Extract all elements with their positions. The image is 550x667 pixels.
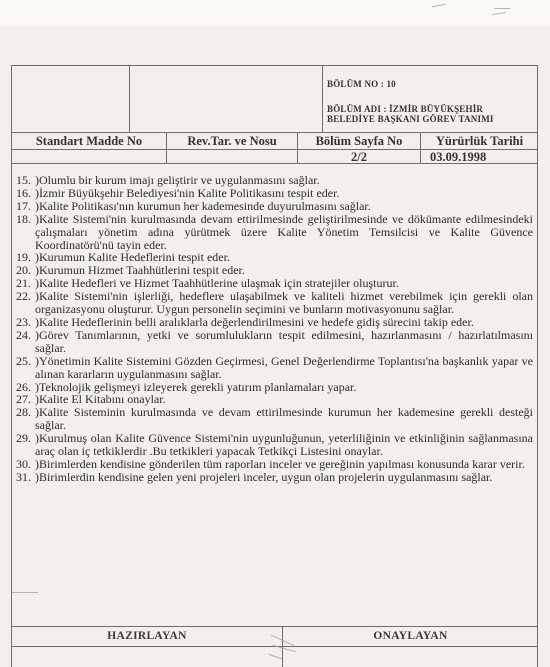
- item-text: )Birimlerden kendisine gönderilen tüm ra…: [35, 458, 533, 471]
- pen-mark: [494, 8, 510, 9]
- item-number: 18.: [16, 213, 35, 252]
- item-number: 29.: [16, 432, 35, 458]
- item-text: )Kalite Sisteminin kurulmasında ve devam…: [35, 406, 533, 432]
- list-item: 25.)Yönetimin Kalite Sistemini Gözden Ge…: [16, 355, 533, 381]
- list-item: 17.)Kalite Politikası'nın kurumun her ka…: [16, 200, 533, 213]
- col-standart-madde-no: Standart Madde No: [12, 133, 166, 149]
- list-item: 31.)Birimlerdin kendisine gelen yeni pro…: [16, 471, 533, 484]
- list-item: 30.)Birimlerden kendisine gönderilen tüm…: [16, 458, 533, 471]
- item-number: 17.: [16, 200, 35, 213]
- item-number: 25.: [16, 355, 35, 381]
- item-text: )Kalite Politikası'nın kurumun her kadem…: [35, 200, 533, 213]
- list-item: 22.)Kalite Sistemi'nin işlerliği, hedefl…: [16, 290, 533, 316]
- list-item: 29.)Kurulmuş olan Kalite Güvence Sistemi…: [16, 432, 533, 458]
- list-item: 24.)Görev Tanımlarının, yetki ve sorumlu…: [16, 329, 533, 355]
- yururluk-tarihi-value: 03.09.1998: [430, 150, 535, 164]
- item-number: 23.: [16, 316, 35, 329]
- pen-mark: [12, 592, 38, 593]
- item-number: 31.: [16, 471, 35, 484]
- col-yururluk-tarihi: Yürürlük Tarihi: [421, 133, 538, 149]
- item-number: 28.: [16, 406, 35, 432]
- item-text: )Olumlu bir kurum imajı geliştirir ve uy…: [35, 174, 533, 187]
- item-number: 15.: [16, 174, 35, 187]
- item-number: 24.: [16, 329, 35, 355]
- approved-by-label: ONAYLAYAN: [283, 627, 538, 645]
- item-text: )Kalite Sistemi'nin işlerliği, hedeflere…: [35, 290, 533, 316]
- section-number: BÖLÜM NO : 10: [327, 79, 527, 89]
- list-item: 23.)Kalite Hedeflerinin belli aralıklarl…: [16, 316, 533, 329]
- item-text: )İzmir Büyükşehir Belediyesi'nin Kalite …: [35, 187, 533, 200]
- prepared-by-label: HAZIRLAYAN: [12, 627, 282, 645]
- duties-list: 15.)Olumlu bir kurum imajı geliştirir ve…: [16, 174, 533, 484]
- col-rev-tar: Rev.Tar. ve Nosu: [167, 133, 297, 149]
- scan-top-margin: [0, 0, 550, 25]
- list-item: 15.)Olumlu bir kurum imajı geliştirir ve…: [16, 174, 533, 187]
- bolum-sayfa-no-value: 2/2: [298, 150, 420, 164]
- item-text: )Görev Tanımlarının, yetki ve sorumluluk…: [35, 329, 533, 355]
- item-text: )Yönetimin Kalite Sistemini Gözden Geçir…: [35, 355, 533, 381]
- item-text: )Birimlerdin kendisine gelen yeni projel…: [35, 471, 533, 484]
- col-bolum-sayfa-no: Bölüm Sayfa No: [298, 133, 420, 149]
- header-divider: [322, 65, 323, 132]
- item-number: 16.: [16, 187, 35, 200]
- item-text: )Kurulmuş olan Kalite Güvence Sistemi'ni…: [35, 432, 533, 458]
- item-text: )Kalite Hedeflerinin belli aralıklarla d…: [35, 316, 533, 329]
- item-number: 30.: [16, 458, 35, 471]
- item-text: )Kalite Sistemi'nin kurulmasında devam e…: [35, 213, 533, 252]
- item-number: 22.: [16, 290, 35, 316]
- list-item: 18.)Kalite Sistemi'nin kurulmasında deva…: [16, 213, 533, 252]
- list-item: 16.)İzmir Büyükşehir Belediyesi'nin Kali…: [16, 187, 533, 200]
- section-name: BÖLÜM ADI : İZMİR BÜYÜKŞEHİR BELEDİYE BA…: [327, 105, 512, 124]
- header-divider: [129, 65, 130, 132]
- list-item: 28.)Kalite Sisteminin kurulmasında ve de…: [16, 406, 533, 432]
